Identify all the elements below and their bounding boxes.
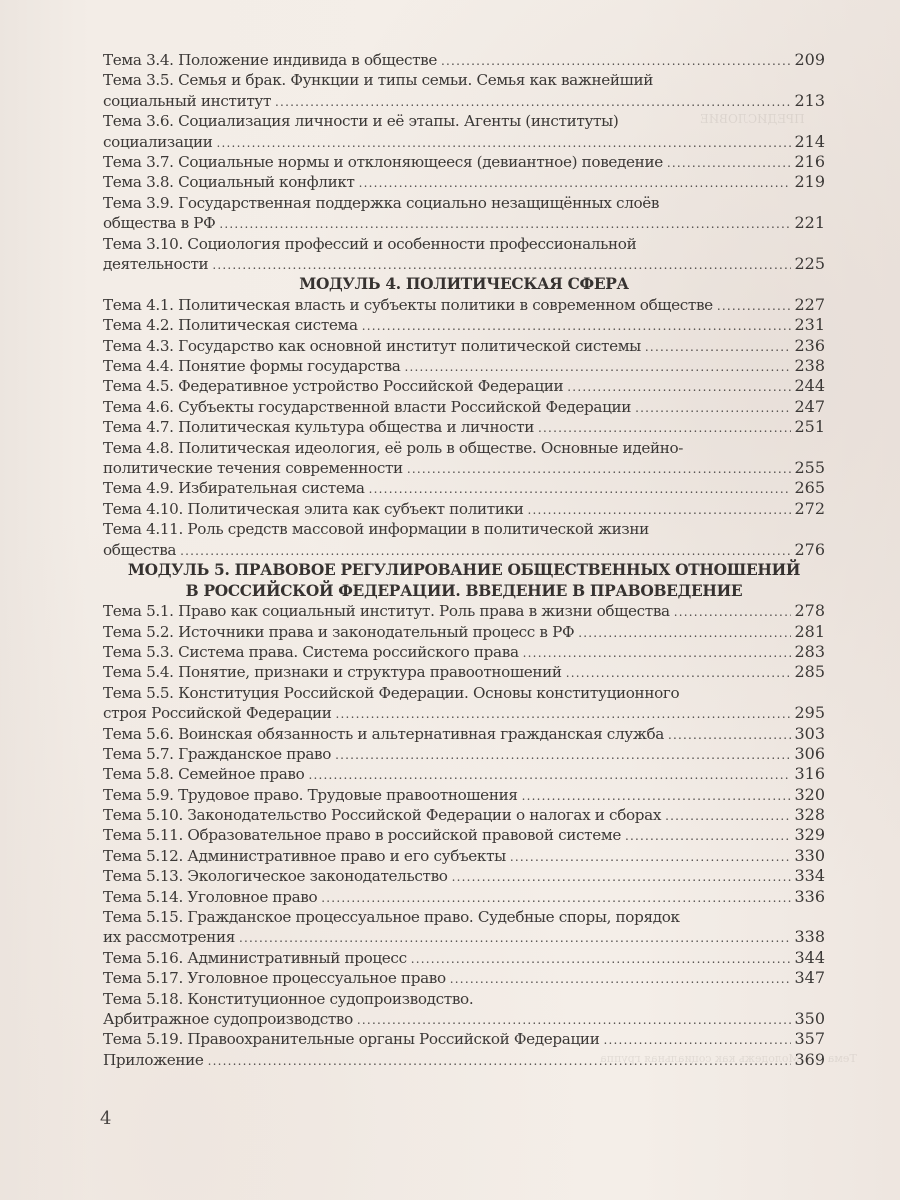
toc-entry-title: Тема 3.9. Государственная поддержка соци… (103, 193, 659, 213)
toc-page-number: 209 (794, 50, 825, 70)
dot-leader (404, 357, 791, 377)
toc-entry-title: Тема 5.12. Административное право и его … (103, 846, 506, 866)
toc-entry-title: Тема 4.6. Субъекты государственной власт… (103, 397, 631, 417)
toc-page-number: 247 (794, 397, 825, 417)
toc-entry-title: Тема 5.6. Воинская обязанность и альтерн… (103, 724, 664, 744)
toc-page-number: 369 (794, 1050, 825, 1070)
toc-page-number: 265 (794, 478, 825, 498)
toc-entry-title: Тема 5.5. Конституция Российской Федерац… (103, 683, 679, 703)
dot-leader (665, 806, 791, 826)
toc-page-number: 344 (794, 948, 825, 968)
dot-leader (567, 377, 791, 397)
dot-leader (357, 1010, 792, 1030)
toc-entry-title: Тема 5.11. Образовательное право в росси… (103, 825, 621, 845)
toc-page-number: 283 (794, 642, 825, 662)
toc-entry[interactable]: Тема 5.14. Уголовное право336 (103, 887, 825, 907)
toc-page-number: 251 (794, 417, 825, 437)
dot-leader (239, 928, 792, 948)
toc-entry-title: Тема 4.9. Избирательная система (103, 478, 365, 498)
toc-entry[interactable]: Тема 4.3. Государство как основной инсти… (103, 336, 825, 356)
toc-entry-title: Приложение (103, 1050, 204, 1070)
toc-entry[interactable]: Тема 5.17. Уголовное процессуальное прав… (103, 968, 825, 988)
toc-page-number: 334 (794, 866, 825, 886)
toc-entry[interactable]: Тема 4.9. Избирательная система265 (103, 478, 825, 498)
table-of-contents: Тема 3.4. Положение индивида в обществе2… (103, 50, 825, 1070)
toc-page-number: 244 (794, 376, 825, 396)
toc-page-number: 295 (794, 703, 825, 723)
toc-page-number: 338 (794, 927, 825, 947)
toc-page-number: 276 (794, 540, 825, 560)
dot-leader (578, 623, 791, 643)
toc-entry[interactable]: Тема 4.8. Политическая идеология, её рол… (103, 438, 825, 479)
dot-leader (208, 1051, 792, 1071)
toc-page-number: 357 (794, 1029, 825, 1049)
dot-leader (212, 255, 791, 275)
toc-page-number: 329 (794, 825, 825, 845)
dot-leader (668, 725, 791, 745)
dot-leader (717, 296, 792, 316)
dot-leader (359, 173, 792, 193)
toc-page-number: 236 (794, 336, 825, 356)
module-heading: МОДУЛЬ 5. ПРАВОВОЕ РЕГУЛИРОВАНИЕ ОБЩЕСТВ… (103, 560, 825, 581)
toc-entry-title: Тема 4.5. Федеративное устройство Россий… (103, 376, 563, 396)
dot-leader (369, 479, 792, 499)
toc-entry-title: Тема 5.7. Гражданское право (103, 744, 331, 764)
page-number: 4 (100, 1108, 111, 1129)
toc-entry-title: Тема 5.15. Гражданское процессуальное пр… (103, 907, 680, 927)
toc-entry[interactable]: Тема 4.6. Субъекты государственной власт… (103, 397, 825, 417)
toc-entry-title: Тема 5.8. Семейное право (103, 764, 304, 784)
dot-leader (407, 459, 792, 479)
toc-entry[interactable]: Тема 4.11. Роль средств массовой информа… (103, 519, 825, 560)
toc-page-number: 320 (794, 785, 825, 805)
toc-entry[interactable]: Тема 3.5. Семья и брак. Функции и типы с… (103, 70, 825, 111)
toc-entry-title: Тема 4.1. Политическая власть и субъекты… (103, 295, 713, 315)
toc-entry[interactable]: Тема 4.4. Понятие формы государства238 (103, 356, 825, 376)
toc-entry[interactable]: Тема 5.3. Система права. Система российс… (103, 642, 825, 662)
toc-entry[interactable]: Тема 5.7. Гражданское право306 (103, 744, 825, 764)
toc-entry[interactable]: Тема 5.4. Понятие, признаки и структура … (103, 662, 825, 682)
dot-leader (219, 214, 791, 234)
dot-leader (275, 92, 791, 112)
dot-leader (625, 826, 791, 846)
toc-entry[interactable]: Тема 4.2. Политическая система231 (103, 315, 825, 335)
toc-page-number: 227 (794, 295, 825, 315)
toc-page-number: 272 (794, 499, 825, 519)
toc-entry-title: Тема 5.19. Правоохранительные органы Рос… (103, 1029, 599, 1049)
toc-page-number: 328 (794, 805, 825, 825)
toc-page-number: 347 (794, 968, 825, 988)
toc-entry[interactable]: Тема 5.19. Правоохранительные органы Рос… (103, 1029, 825, 1049)
toc-entry-title: Тема 3.5. Семья и брак. Функции и типы с… (103, 70, 653, 90)
dot-leader (635, 398, 791, 418)
toc-entry-title: Тема 5.16. Административный процесс (103, 948, 407, 968)
toc-page-number: 306 (794, 744, 825, 764)
toc-page-number: 278 (794, 601, 825, 621)
toc-page-number: 214 (794, 132, 825, 152)
toc-page-number: 219 (794, 172, 825, 192)
toc-entry[interactable]: Тема 3.7. Социальные нормы и отклоняющее… (103, 152, 825, 172)
toc-entry[interactable]: Тема 3.6. Социализация личности и её эта… (103, 111, 825, 152)
toc-entry-title: Тема 5.3. Система права. Система российс… (103, 642, 519, 662)
toc-entry[interactable]: Тема 5.9. Трудовое право. Трудовые право… (103, 785, 825, 805)
toc-entry-title: Арбитражное судопроизводство (103, 1009, 353, 1029)
toc-entry-title: Тема 4.2. Политическая система (103, 315, 358, 335)
toc-entry-title: политические течения современности (103, 458, 403, 478)
dot-leader (645, 337, 792, 357)
toc-page-number: 281 (794, 622, 825, 642)
toc-page-number: 336 (794, 887, 825, 907)
toc-page-number: 330 (794, 846, 825, 866)
toc-entry-title: Тема 3.7. Социальные нормы и отклоняющее… (103, 152, 663, 172)
toc-entry[interactable]: Тема 4.10. Политическая элита как субъек… (103, 499, 825, 519)
toc-entry-title: общества (103, 540, 176, 560)
dot-leader (308, 765, 791, 785)
toc-entry-title: деятельности (103, 254, 208, 274)
toc-entry-title: Тема 3.10. Социология профессий и особен… (103, 234, 636, 254)
toc-entry[interactable]: Тема 5.2. Источники права и законодатель… (103, 622, 825, 642)
toc-entry[interactable]: Тема 3.4. Положение индивида в обществе2… (103, 50, 825, 70)
dot-leader (180, 541, 791, 561)
toc-entry-title: Тема 5.13. Экологическое законодательств… (103, 866, 448, 886)
dot-leader (450, 969, 792, 989)
toc-entry[interactable]: Тема 5.8. Семейное право316 (103, 764, 825, 784)
toc-entry-title: социальный институт (103, 91, 271, 111)
toc-entry-title: общества в РФ (103, 213, 215, 233)
dot-leader (452, 867, 792, 887)
toc-entry-title: Тема 4.8. Политическая идеология, её рол… (103, 438, 683, 458)
dot-leader (321, 888, 791, 908)
toc-entry[interactable]: Тема 5.6. Воинская обязанность и альтерн… (103, 724, 825, 744)
dot-leader (528, 500, 792, 520)
toc-entry[interactable]: Тема 3.8. Социальный конфликт219 (103, 172, 825, 192)
dot-leader (566, 663, 792, 683)
toc-entry-title: Тема 3.6. Социализация личности и её эта… (103, 111, 618, 131)
dot-leader (441, 51, 791, 71)
dot-leader (362, 316, 792, 336)
toc-page-number: 350 (794, 1009, 825, 1029)
toc-entry[interactable]: Приложение369 (103, 1050, 825, 1070)
toc-entry[interactable]: Тема 5.12. Административное право и его … (103, 846, 825, 866)
toc-entry[interactable]: Тема 5.10. Законодательство Российской Ф… (103, 805, 825, 825)
toc-entry-title: Тема 3.8. Социальный конфликт (103, 172, 355, 192)
dot-leader (335, 745, 791, 765)
toc-entry[interactable]: Тема 3.9. Государственная поддержка соци… (103, 193, 825, 234)
dot-leader (411, 949, 792, 969)
toc-entry[interactable]: Тема 5.18. Конституционное судопроизводс… (103, 989, 825, 1030)
dot-leader (667, 153, 792, 173)
toc-entry-title: социализации (103, 132, 213, 152)
dot-leader (523, 643, 792, 663)
toc-entry[interactable]: Тема 5.5. Конституция Российской Федерац… (103, 683, 825, 724)
dot-leader (674, 602, 792, 622)
toc-entry[interactable]: Тема 5.1. Право как социальный институт.… (103, 601, 825, 621)
toc-page-number: 285 (794, 662, 825, 682)
dot-leader (603, 1030, 791, 1050)
dot-leader (522, 786, 792, 806)
toc-page-number: 238 (794, 356, 825, 376)
toc-entry-title: Тема 5.18. Конституционное судопроизводс… (103, 989, 473, 1009)
toc-entry-title: Тема 5.1. Право как социальный институт.… (103, 601, 670, 621)
toc-entry-title: Тема 5.17. Уголовное процессуальное прав… (103, 968, 446, 988)
toc-entry-title: Тема 5.9. Трудовое право. Трудовые право… (103, 785, 518, 805)
toc-entry[interactable]: Тема 5.15. Гражданское процессуальное пр… (103, 907, 825, 948)
toc-entry[interactable]: Тема 4.7. Политическая культура общества… (103, 417, 825, 437)
toc-page-number: 213 (794, 91, 825, 111)
toc-entry-title: Тема 5.14. Уголовное право (103, 887, 317, 907)
toc-page-number: 216 (794, 152, 825, 172)
dot-leader (538, 418, 791, 438)
toc-page-number: 303 (794, 724, 825, 744)
toc-entry[interactable]: Тема 5.11. Образовательное право в росси… (103, 825, 825, 845)
toc-entry-title: Тема 5.2. Источники права и законодатель… (103, 622, 574, 642)
toc-entry-title: Тема 4.4. Понятие формы государства (103, 356, 400, 376)
dot-leader (336, 704, 792, 724)
dot-leader (217, 133, 792, 153)
toc-entry-title: Тема 4.3. Государство как основной инсти… (103, 336, 641, 356)
toc-entry[interactable]: Тема 3.10. Социология профессий и особен… (103, 234, 825, 275)
toc-page-number: 225 (794, 254, 825, 274)
toc-entry-title: Тема 4.10. Политическая элита как субъек… (103, 499, 524, 519)
dot-leader (510, 847, 792, 867)
toc-page-number: 255 (794, 458, 825, 478)
module-heading: МОДУЛЬ 4. ПОЛИТИЧЕСКАЯ СФЕРА (103, 274, 825, 295)
toc-entry[interactable]: Тема 4.1. Политическая власть и субъекты… (103, 295, 825, 315)
toc-entry[interactable]: Тема 5.16. Административный процесс344 (103, 948, 825, 968)
module-heading: В РОССИЙСКОЙ ФЕДЕРАЦИИ. ВВЕДЕНИЕ В ПРАВО… (103, 581, 825, 602)
toc-entry-title: Тема 5.4. Понятие, признаки и структура … (103, 662, 562, 682)
toc-entry-title: Тема 5.10. Законодательство Российской Ф… (103, 805, 661, 825)
toc-entry-title: Тема 3.4. Положение индивида в обществе (103, 50, 437, 70)
toc-page-number: 221 (794, 213, 825, 233)
toc-entry-title: их рассмотрения (103, 927, 235, 947)
toc-entry-title: строя Российской Федерации (103, 703, 332, 723)
toc-entry[interactable]: Тема 5.13. Экологическое законодательств… (103, 866, 825, 886)
toc-page-number: 231 (794, 315, 825, 335)
toc-entry[interactable]: Тема 4.5. Федеративное устройство Россий… (103, 376, 825, 396)
toc-entry-title: Тема 4.11. Роль средств массовой информа… (103, 519, 649, 539)
toc-page-number: 316 (794, 764, 825, 784)
toc-entry-title: Тема 4.7. Политическая культура общества… (103, 417, 534, 437)
